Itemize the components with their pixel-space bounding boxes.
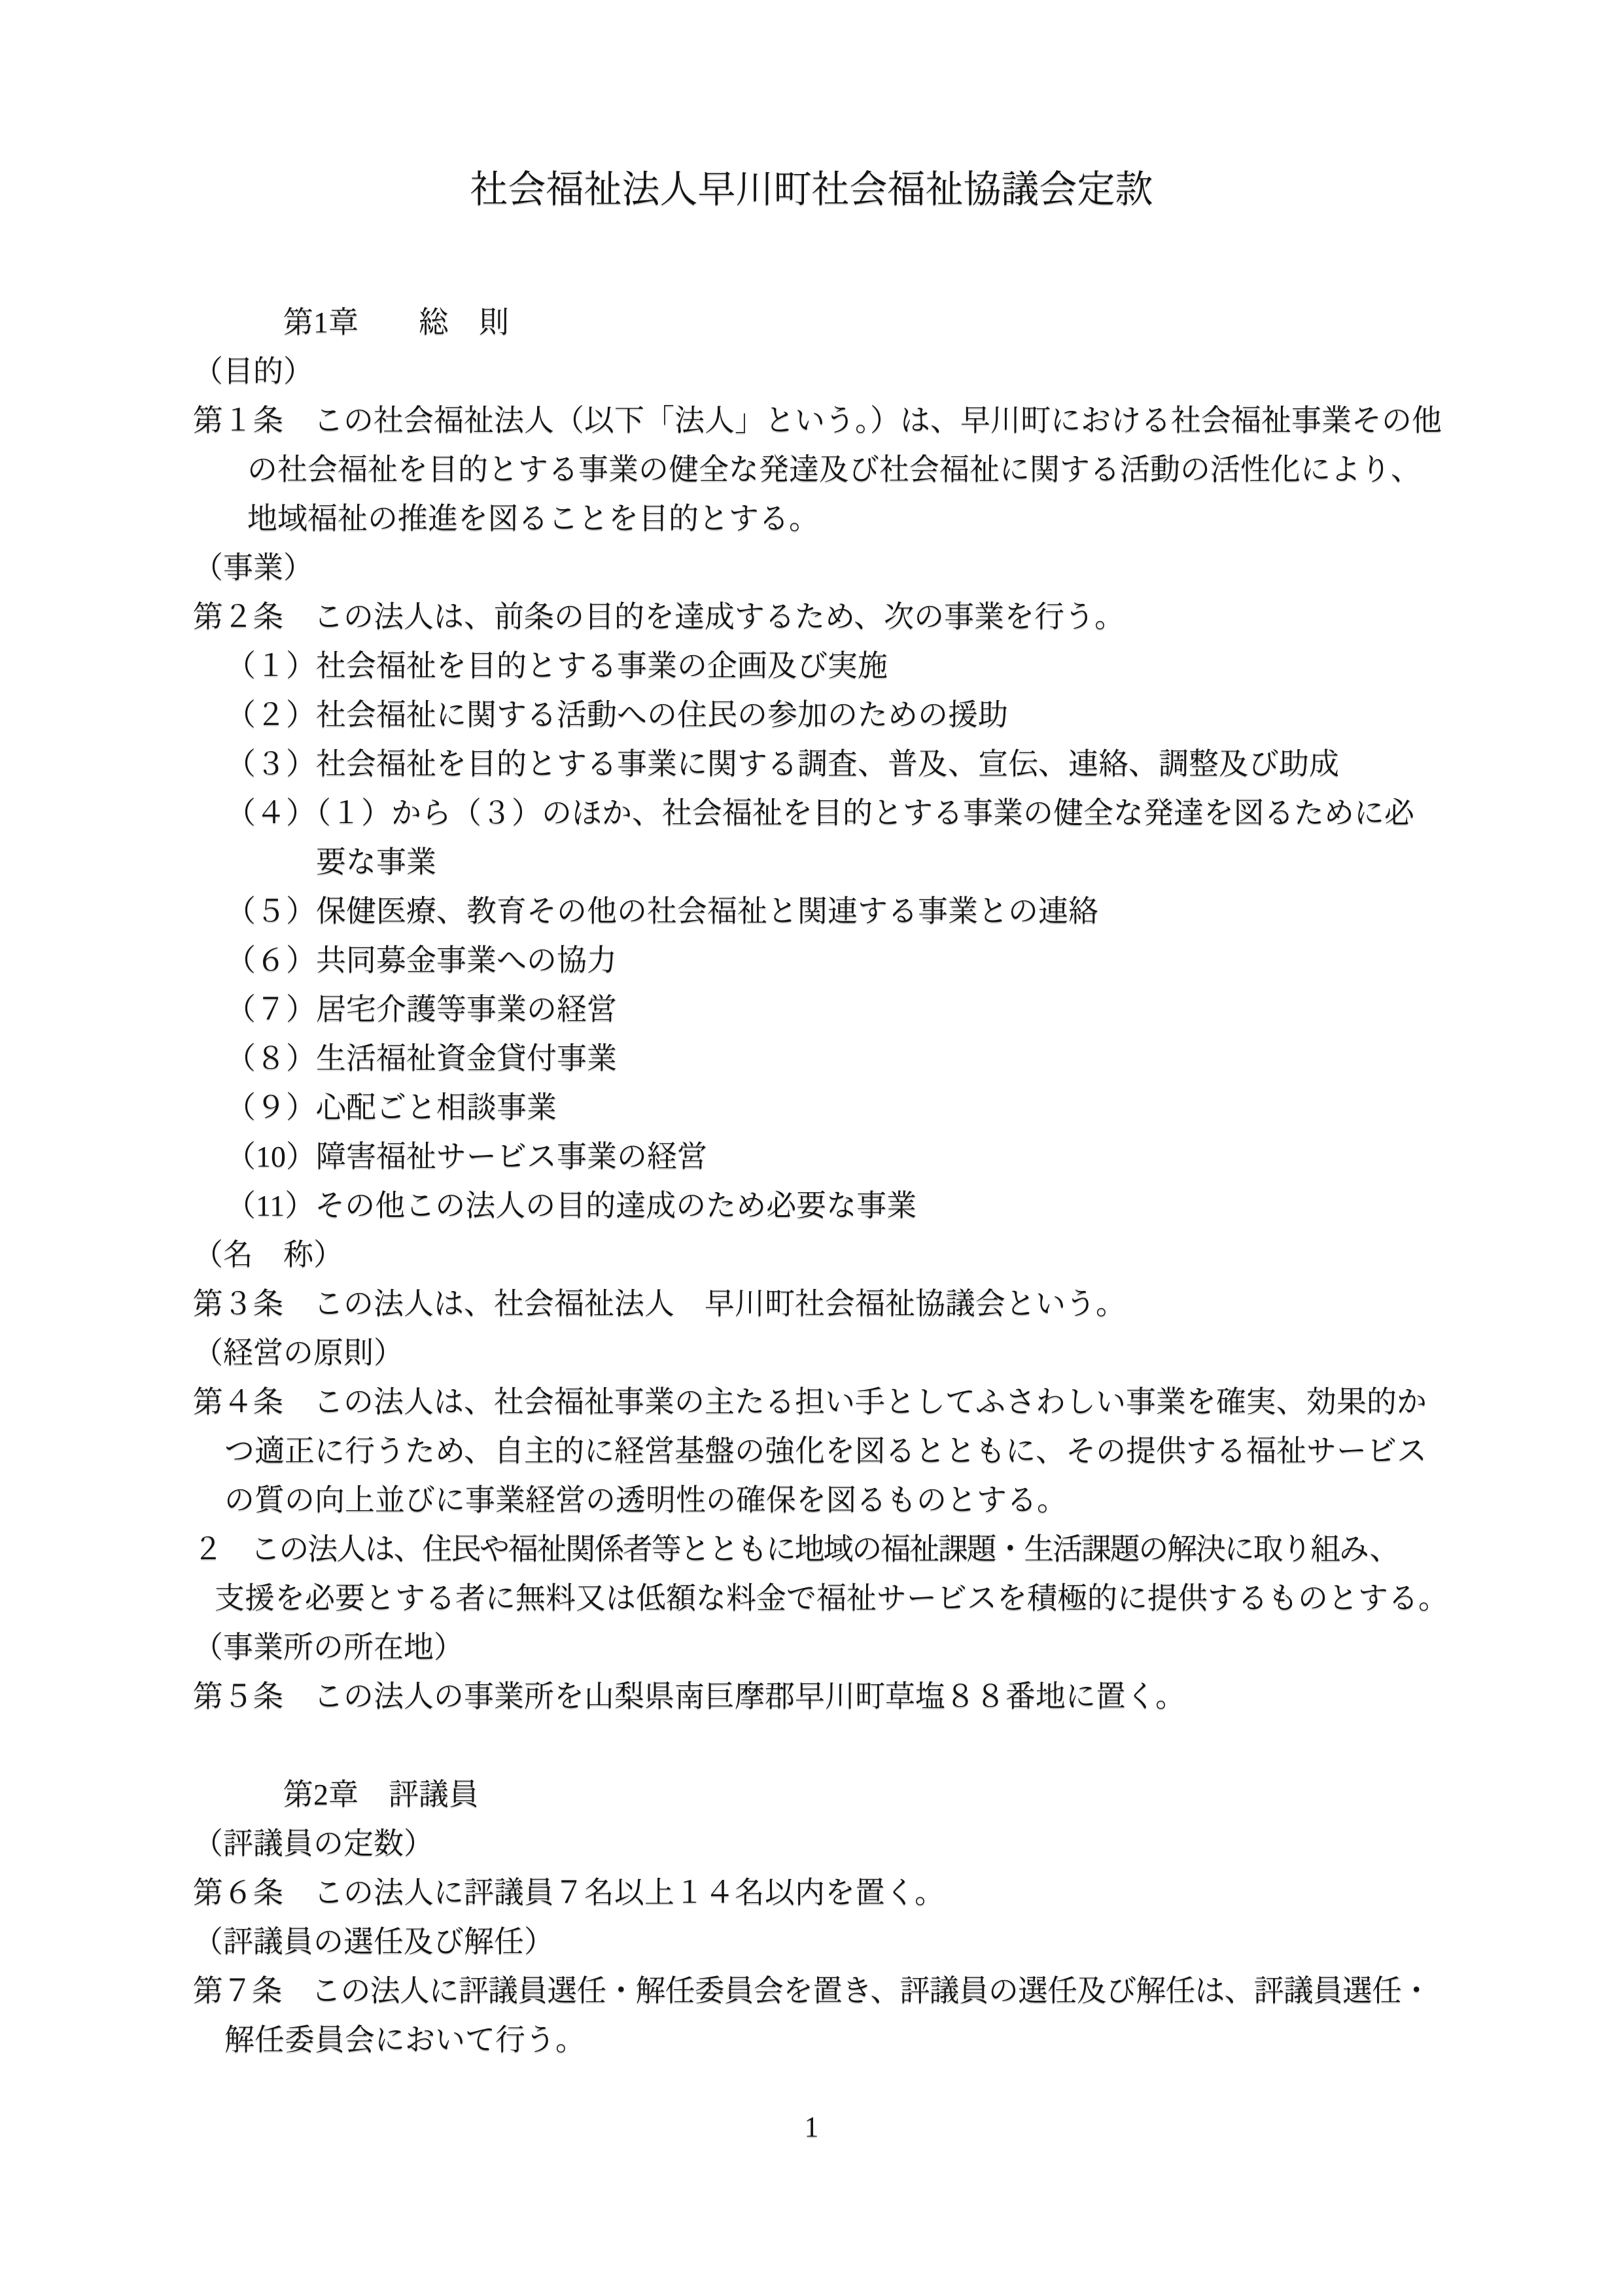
list-item: （６）共同募金事業への協力 — [193, 936, 1433, 985]
list-item: （７）居宅介護等事業の経営 — [193, 985, 1433, 1034]
article-label: （名 称） — [193, 1230, 1433, 1279]
article-label: （事業） — [193, 543, 1433, 592]
article-line: 第５条 この法人の事業所を山梨県南巨摩郡早川町草塩８８番地に置く。 — [193, 1672, 1433, 1721]
continuation-line: 解任委員会において行う。 — [193, 2015, 1433, 2064]
continuation-line: の質の向上並びに事業経営の透明性の確保を図るものとする。 — [193, 1475, 1433, 1525]
continuation-line: 支援を必要とする者に無料又は低額な料金で福祉サービスを積極的に提供するものとする… — [193, 1574, 1433, 1623]
article-line: 第７条 この法人に評議員選任・解任委員会を置き、評議員の選任及び解任は、評議員選… — [193, 1966, 1433, 2015]
blank-line — [193, 1721, 1433, 1770]
continuation-line: つ適正に行うため、自主的に経営基盤の強化を図るとともに、その提供する福祉サービス — [193, 1426, 1433, 1475]
continuation-line: 要な事業 — [193, 838, 1433, 887]
article-line: 第２条 この法人は、前条の目的を達成するため、次の事業を行う。 — [193, 592, 1433, 641]
article-label: （評議員の選任及び解任） — [193, 1917, 1433, 1966]
article-label: （経営の原則） — [193, 1328, 1433, 1377]
article-line: 第６条 この法人に評議員７名以上１４名以内を置く。 — [193, 1868, 1433, 1917]
document-title: 社会福祉法人早川町社会福祉協議会定款 — [0, 0, 1623, 215]
article-line: 第４条 この法人は、社会福祉事業の主たる担い手としてふさわしい事業を確実、効果的… — [193, 1377, 1433, 1426]
continuation-line: の社会福祉を目的とする事業の健全な発達及び社会福祉に関する活動の活性化により、 — [193, 445, 1433, 494]
page-number: 1 — [0, 2102, 1623, 2151]
document-body: 第1章 総 則 （目的） 第１条 この社会福祉法人（以下「法人」という。）は、早… — [0, 298, 1623, 2064]
chapter-heading: 第1章 総 則 — [193, 298, 1433, 347]
article-label: （評議員の定数） — [193, 1819, 1433, 1868]
list-item: （２）社会福祉に関する活動への住民の参加のための援助 — [193, 690, 1433, 739]
list-item: （４）（１）から（３）のほか、社会福祉を目的とする事業の健全な発達を図るために必 — [193, 788, 1433, 838]
article-line: 第１条 この社会福祉法人（以下「法人」という。）は、早川町における社会福祉事業そ… — [193, 396, 1433, 445]
continuation-line: 地域福祉の推進を図ることを目的とする。 — [193, 494, 1433, 543]
chapter-heading: 第2章 評議員 — [193, 1770, 1433, 1819]
scanned-document-page: 社会福祉法人早川町社会福祉協議会定款 第1章 総 則 （目的） 第１条 この社会… — [0, 0, 1623, 2296]
article-line: 第３条 この法人は、社会福祉法人 早川町社会福祉協議会という。 — [193, 1279, 1433, 1328]
paragraph-line: ２ この法人は、住民や福祉関係者等とともに地域の福祉課題・生活課題の解決に取り組… — [193, 1525, 1433, 1574]
list-item: （11）その他この法人の目的達成のため必要な事業 — [193, 1181, 1433, 1230]
list-item: （５）保健医療、教育その他の社会福祉と関連する事業との連絡 — [193, 887, 1433, 936]
list-item: （１）社会福祉を目的とする事業の企画及び実施 — [193, 641, 1433, 690]
article-label: （目的） — [193, 347, 1433, 396]
list-item: （９）心配ごと相談事業 — [193, 1083, 1433, 1132]
list-item: （10）障害福祉サービス事業の経営 — [193, 1132, 1433, 1181]
article-label: （事業所の所在地） — [193, 1623, 1433, 1672]
list-item: （３）社会福祉を目的とする事業に関する調査、普及、宣伝、連絡、調整及び助成 — [193, 739, 1433, 788]
list-item: （８）生活福祉資金貸付事業 — [193, 1034, 1433, 1083]
